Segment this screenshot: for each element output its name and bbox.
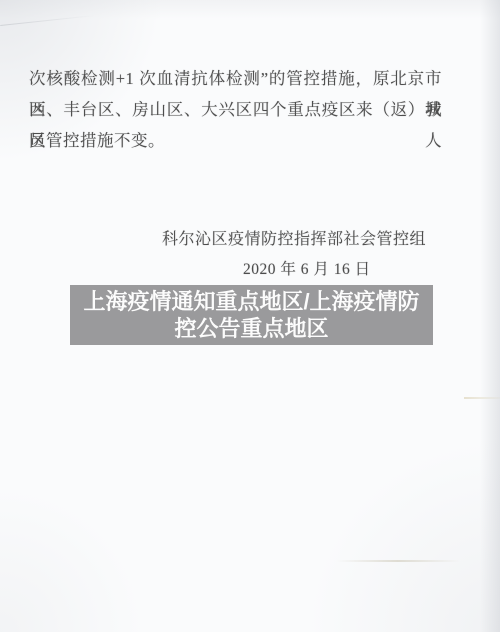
- paragraph-line-2: 区、丰台区、房山区、大兴区四个重点疫区来（返）我区人: [29, 94, 442, 125]
- document-body-paragraph: 次核酸检测+1 次血清抗体检测”的管控措施，原北京市西城 区、丰台区、房山区、大…: [29, 63, 442, 156]
- paragraph-line-1: 次核酸检测+1 次血清抗体检测”的管控措施，原北京市西城: [29, 63, 442, 94]
- caption-title-line-2: 控公告重点地区: [70, 315, 433, 342]
- caption-overlay-band: 上海疫情通知重点地区/上海疫情防 控公告重点地区: [70, 285, 433, 345]
- document-date: 2020 年 6 月 16 日: [243, 257, 371, 279]
- scanned-document-page: 次核酸检测+1 次血清抗体检测”的管控措施，原北京市西城 区、丰台区、房山区、大…: [0, 0, 500, 632]
- scan-artifact-line: [0, 15, 95, 26]
- scan-artifact-line: [464, 397, 500, 399]
- issuing-authority-signature: 科尔沁区疫情防控指挥部社会管控组: [162, 226, 426, 249]
- scan-artifact-line: [336, 560, 460, 562]
- caption-title-line-1: 上海疫情通知重点地区/上海疫情防: [70, 288, 433, 315]
